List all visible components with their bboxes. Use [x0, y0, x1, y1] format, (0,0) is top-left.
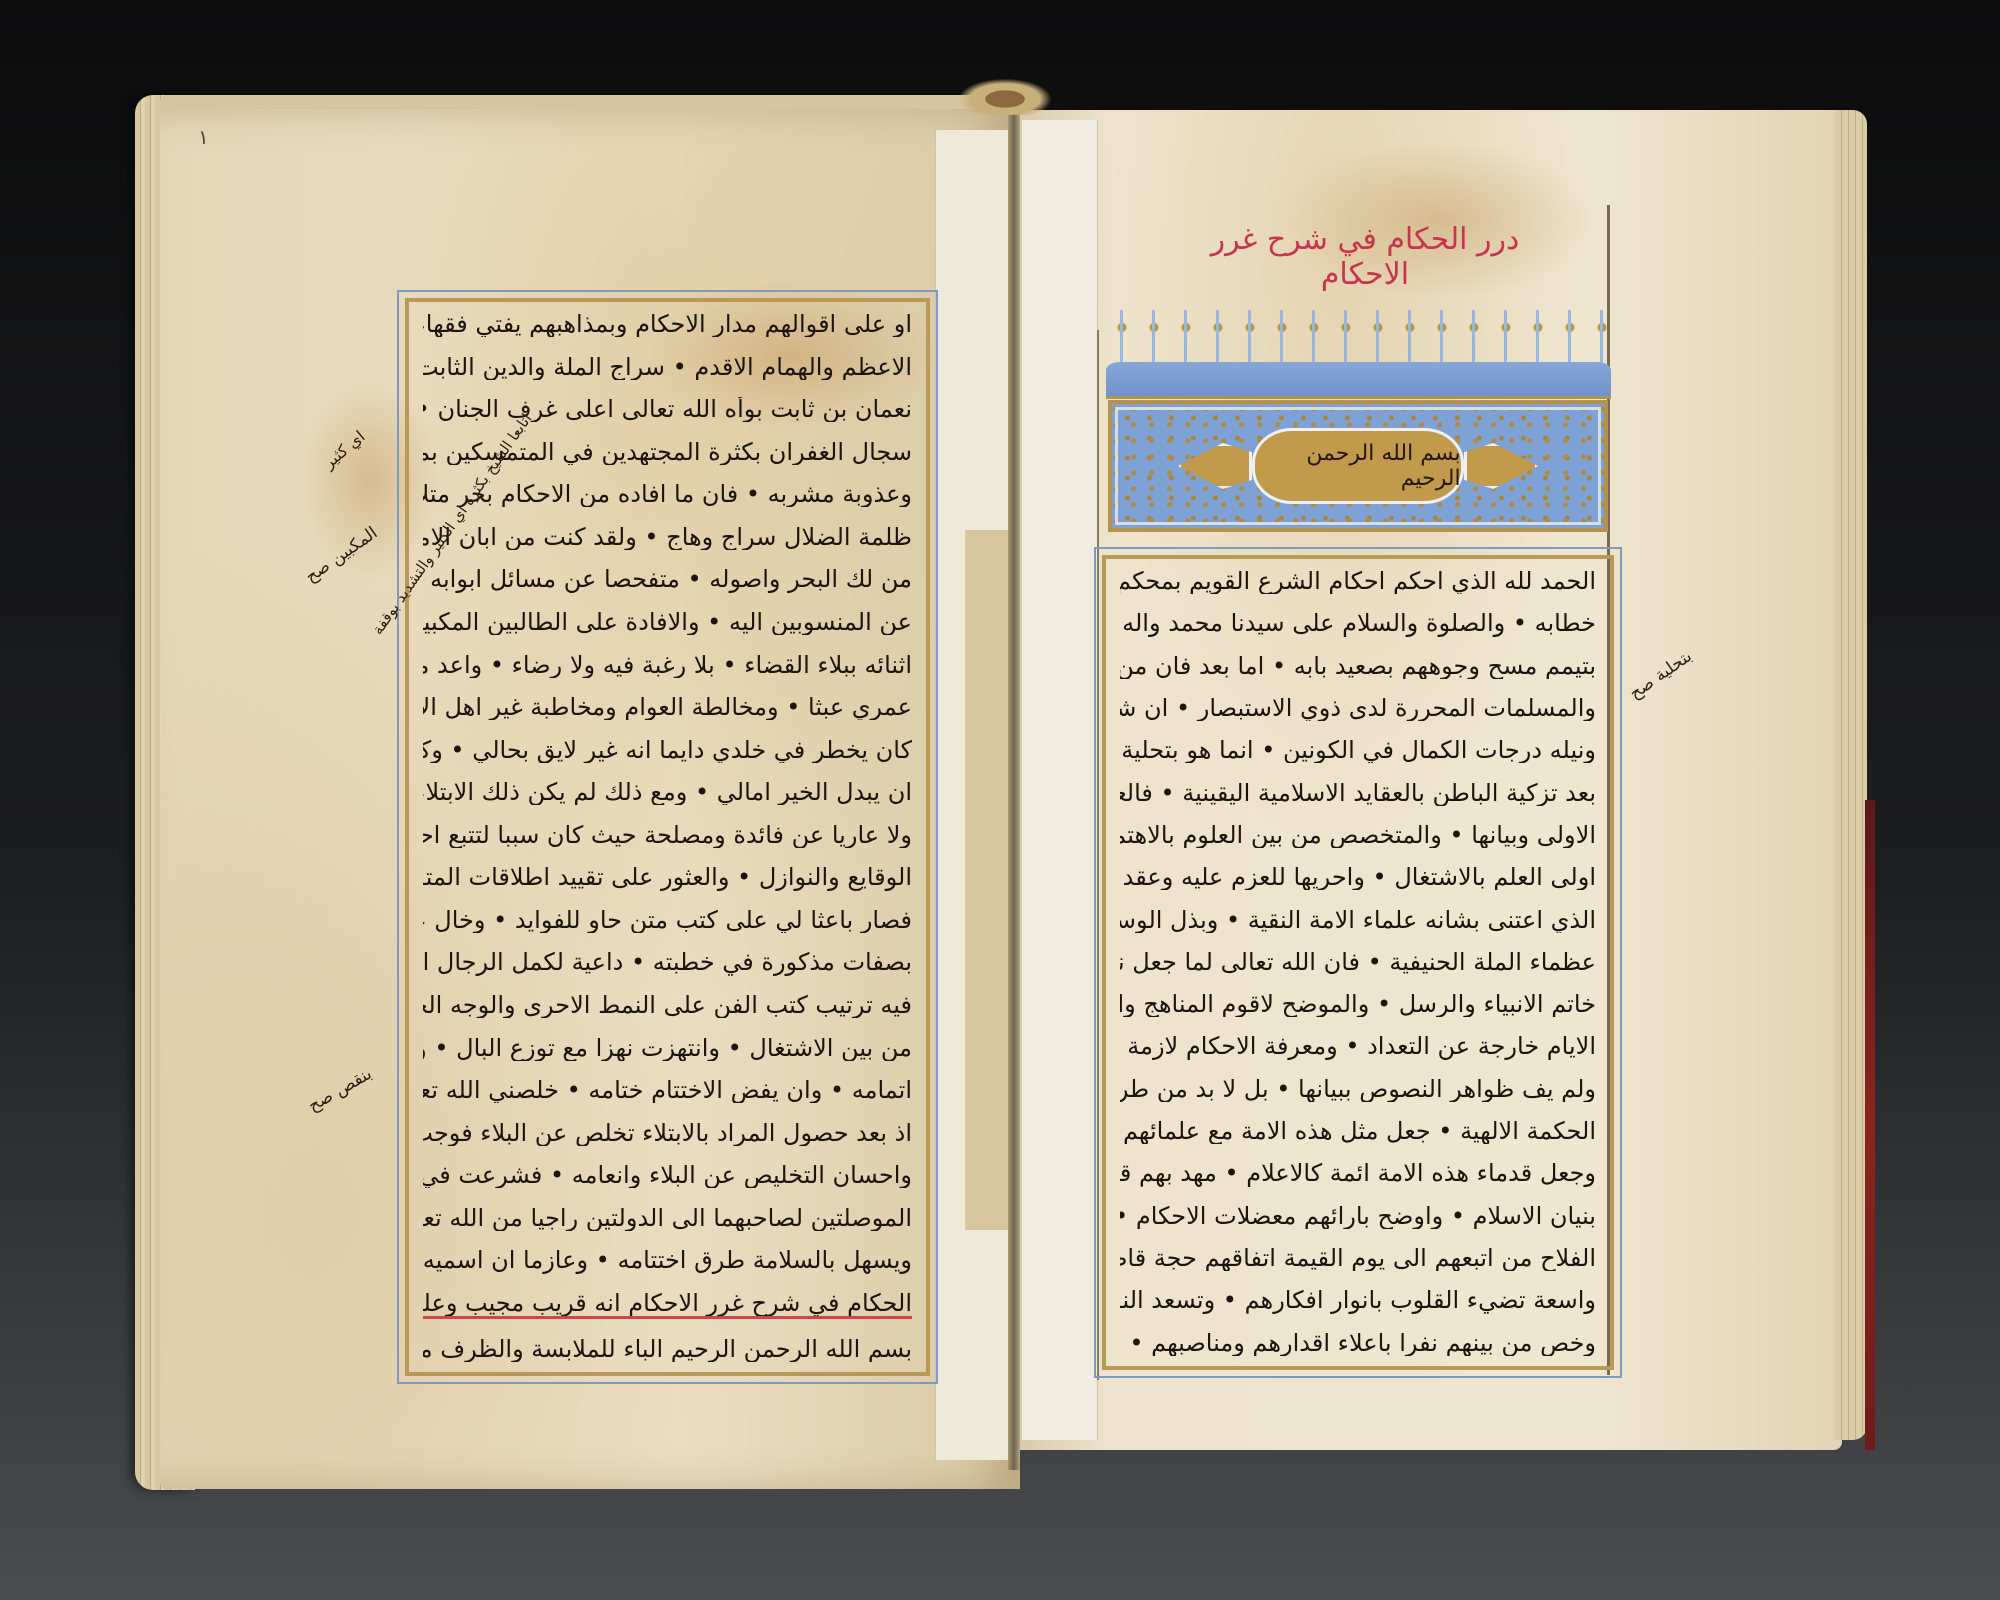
text-line: فيه ترتيب كتب الفن على النمط الاحرى والو… — [423, 993, 912, 1018]
text-line: بسم الله الرحمن الرحيم الباء للملابسة وا… — [423, 1337, 912, 1362]
text-line: ونيله درجات الكمال في الكونين • انما هو … — [1120, 738, 1596, 763]
text-line: الفلاح من اتبعهم الى يوم القيمة اتفاقهم … — [1120, 1246, 1596, 1271]
text-line: من بين الاشتغال • وانتهزت نهزا مع توزع ا… — [423, 1036, 912, 1061]
text-line: نعمان بن ثابت بوأه الله تعالى اعلى غرف ا… — [423, 397, 912, 422]
text-line: الاعظم والهمام الاقدم • سراج الملة والدي… — [423, 355, 912, 380]
text-line: ان يبدل الخير امالي • ومع ذلك لم يكن ذلك… — [423, 780, 912, 805]
text-line: بتيمم مسح وجوههم بصعيد بابه • اما بعد فا… — [1120, 654, 1596, 679]
spine-gutter — [1008, 100, 1020, 1470]
text-line: الاولى وبيانها • والمتخصص من بين العلوم … — [1120, 823, 1596, 848]
text-line: واسعة تضيء القلوب بانوار افكارهم • وتسعد… — [1120, 1288, 1596, 1313]
left-text-block: او على اقوالهم مدار الاحكام وبمذاهبهم يف… — [405, 298, 930, 1376]
text-line: الذي اعتنى بشانه علماء الامة النقية • وب… — [1120, 908, 1596, 933]
text-line: الحمد لله الذي احكم احكام الشرع القويم ب… — [1120, 569, 1596, 594]
cartouche-finial-icon — [1178, 443, 1252, 489]
text-line: الحكمة الالهية • جعل مثل هذه الامة مع عل… — [1120, 1119, 1596, 1144]
text-line: بصفات مذكورة في خطبته • داعية لكمل الرجا… — [423, 950, 912, 975]
text-line: ولا عاريا عن فائدة ومصلحة حيث كان سببا ل… — [423, 823, 912, 848]
text-line: وجعل قدماء هذه الامة ائمة كالاعلام • مهد… — [1120, 1161, 1596, 1186]
red-ink-title: درر الحكام في شرح غرر الاحكام — [1200, 222, 1530, 292]
text-line: الايام خارجة عن التعداد • ومعرفة الاحكام… — [1120, 1034, 1596, 1059]
right-guard-strip — [1022, 120, 1098, 1440]
basmala: بسم الله الرحمن الرحيم — [1252, 428, 1463, 504]
ruling-line — [1097, 330, 1099, 1380]
text-line-underlined: الحكام في شرح غرر الاحكام انه قريب مجيب … — [423, 1291, 912, 1319]
text-line: وعذوبة مشربه • فان ما افاده من الاحكام ب… — [423, 482, 912, 507]
headpiece-lapis-band — [1106, 362, 1611, 399]
text-line: اثنائه ببلاء القضاء • بلا رغبة فيه ولا ر… — [423, 653, 912, 678]
text-line: ويسهل بالسلامة طرق اختتامه • وعازما ان ا… — [423, 1248, 912, 1273]
text-line: فصار باعثا لي على كتب متن حاو للفوايد • … — [423, 908, 912, 933]
text-line: الوقايع والنوازل • والعثور على تقييد اطل… — [423, 865, 912, 890]
text-line: عظماء الملة الحنيفية • فان الله تعالى لم… — [1120, 950, 1596, 975]
text-line: وخص من بينهم نفرا باعلاء اقدارهم ومناصبه… — [1120, 1331, 1596, 1356]
text-line: اولى العلم بالاشتغال • واحريها للعزم علي… — [1120, 865, 1596, 890]
text-line: والمسلمات المحررة لدى ذوي الاستبصار • ان… — [1120, 696, 1596, 721]
text-line: خاتم الانبياء والرسل • والموضح لاقوم الم… — [1120, 992, 1596, 1017]
text-line: من لك البحر واصوله • متفحصا عن مسائل ابو… — [423, 567, 912, 592]
headpiece-crest-ornament — [1106, 310, 1611, 368]
text-line: اتمامه • وان يفض الاختتام ختامه • خلصني … — [423, 1078, 912, 1103]
folio-mark: ١ — [198, 125, 209, 149]
right-text-block: الحمد لله الذي احكم احكام الشرع القويم ب… — [1102, 555, 1614, 1370]
open-manuscript: ١ او على اقوالهم مدار الاحكام وبمذاهبهم … — [0, 0, 2000, 1600]
text-line: بعد تزكية الباطن بالعقايد الاسلامية اليق… — [1120, 781, 1596, 806]
text-line: الموصلتين لصاحبهما الى الدولتين راجيا من… — [423, 1206, 912, 1231]
text-line: خطابه • والصلوة والسلام على سيدنا محمد و… — [1120, 611, 1596, 636]
text-line: او على اقوالهم مدار الاحكام وبمذاهبهم يف… — [423, 312, 912, 337]
text-line: بنيان الاسلام • واوضح بارائهم معضلات الا… — [1120, 1204, 1596, 1229]
text-line: عن المنسوبين اليه • والافادة على الطالبي… — [423, 610, 912, 635]
gold-cartouche: بسم الله الرحمن الرحيم — [1178, 430, 1538, 502]
text-line: عمري عبثا • ومخالطة العوام ومخاطبة غير ا… — [423, 695, 912, 720]
text-line: واحسان التخليص عن البلاء وانعامه • فشرعت… — [423, 1163, 912, 1188]
text-line: ظلمة الضلال سراج وهاج • ولقد كنت من ابان… — [423, 525, 912, 550]
red-cover-edge — [1865, 800, 1875, 1450]
text-line: اذ بعد حصول المراد بالابتلاء تخلص عن الب… — [423, 1121, 912, 1146]
right-page-edges — [1835, 110, 1867, 1440]
text-line: ولم يف ظواهر النصوص ببيانها • بل لا بد م… — [1120, 1077, 1596, 1102]
binding-thread — [950, 75, 1060, 115]
text-line: كان يخطر في خلدي دايما انه غير لايق بحال… — [423, 738, 912, 763]
cartouche-finial-icon — [1464, 443, 1538, 489]
